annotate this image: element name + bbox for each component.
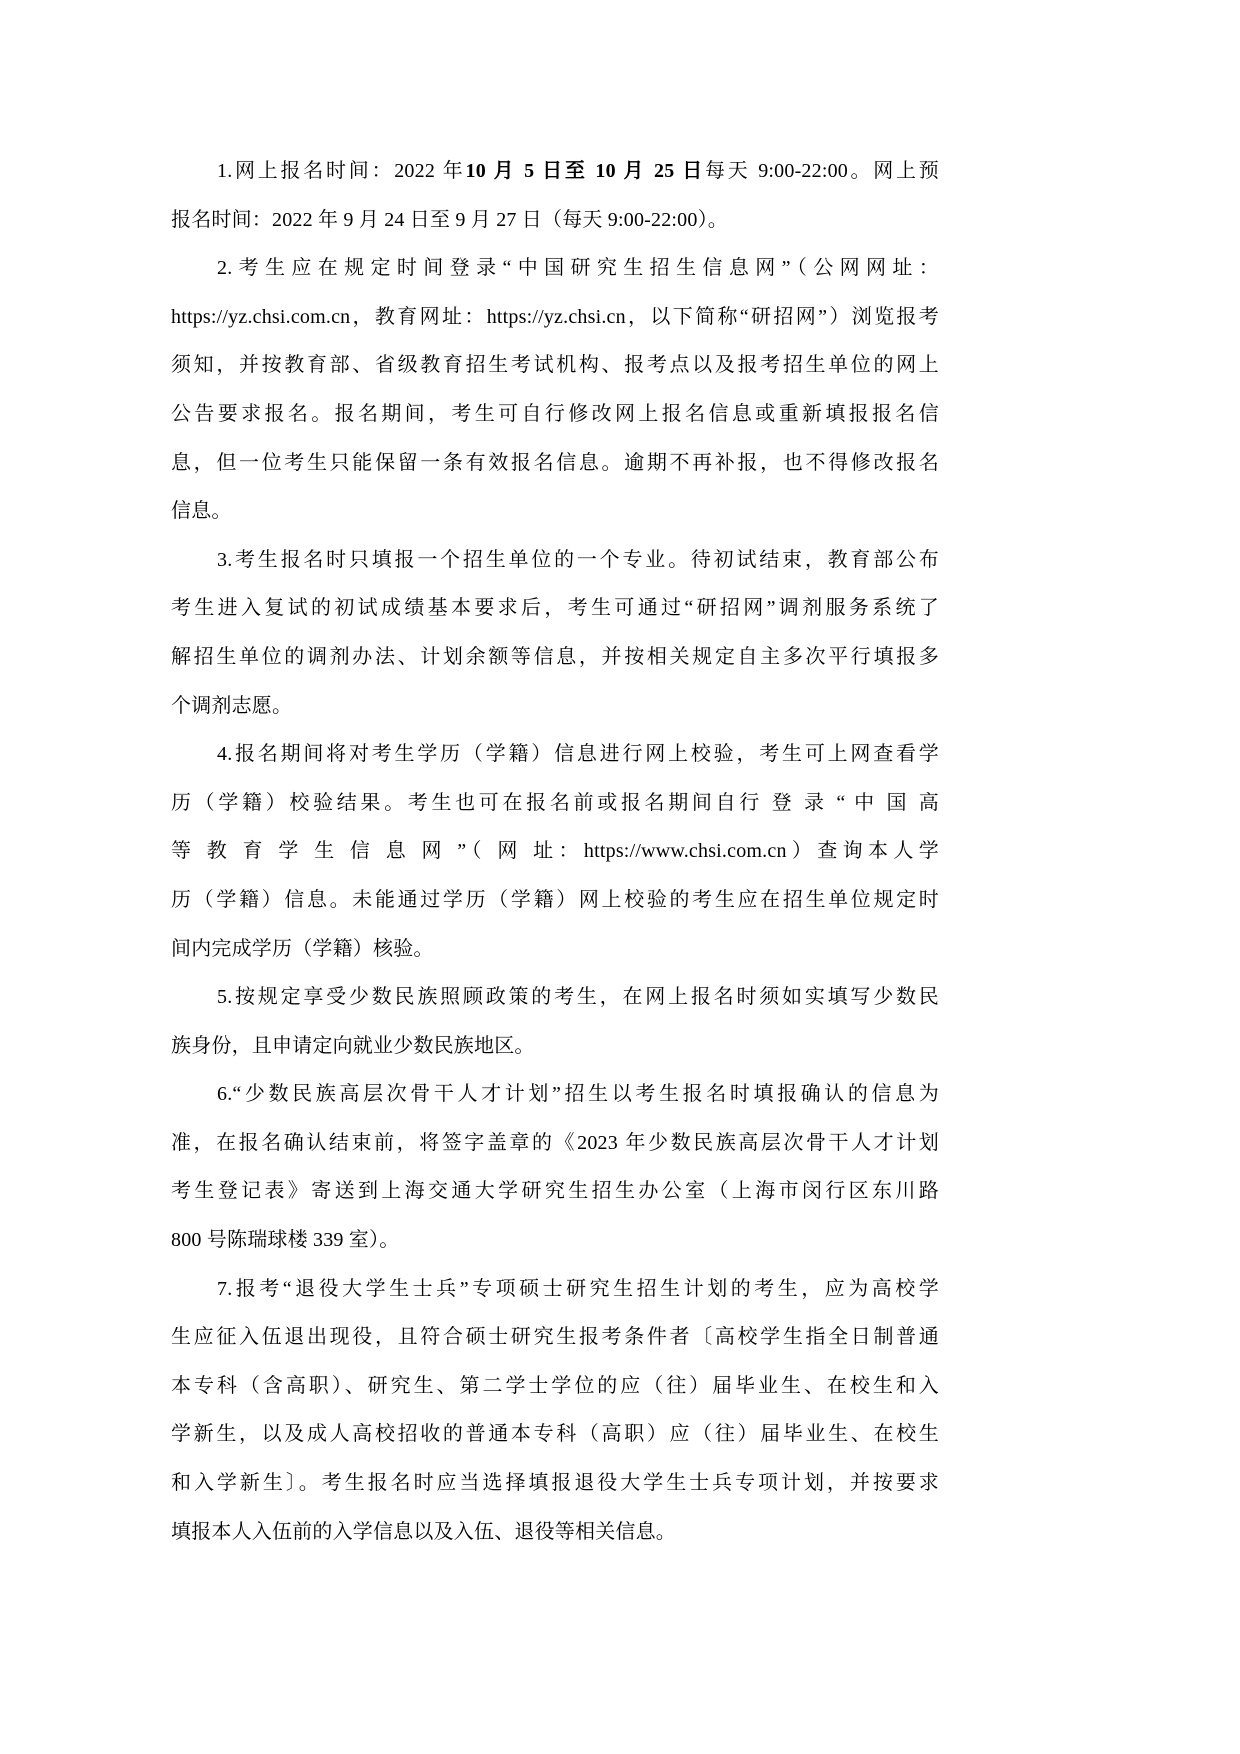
text-line: 个调剂志愿。 [171,682,939,731]
text-segment: 考生登记表》寄送到上海交通大学研究生招生办公室（上海市闵行区东川路 [171,1180,939,1202]
text-line: 生应征入伍退出现役，且符合硕士研究生报考条件者〔高校学生指全日制普通 [171,1313,939,1362]
text-line: 准，在报名确认结束前，将签字盖章的《2023 年少数民族高层次骨干人才计划 [171,1119,939,1168]
text-line: 5.按规定享受少数民族照顾政策的考生，在网上报名时须如实填写少数民 [171,973,939,1022]
paragraph-1: 1.网上报名时间：2022 年10 月 5 日至 10 月 25 日每天 9:0… [171,147,939,244]
text-line: 息，但一位考生只能保留一条有效报名信息。逾期不再补报，也不得修改报名 [171,439,939,488]
text-line: 族身份，且申请定向就业少数民族地区。 [171,1022,939,1071]
text-segment: 历（学籍）校验结果。考生也可在报名前或报名期间自行 登 录 “ 中 国 高 [171,792,939,814]
text-line: 6.“少数民族高层次骨干人才计划”招生以考生报名时填报确认的信息为 [171,1070,939,1119]
paragraph-3: 3.考生报名时只填报一个招生单位的一个专业。待初试结束，教育部公布考生进入复试的… [171,536,939,730]
text-segment: 每天 9:00-22:00。网上预 [705,160,939,182]
text-segment: 报名时间：2022 年 9 月 24 日至 9 月 27 日（每天 9:00-2… [171,209,728,231]
paragraph-6: 6.“少数民族高层次骨干人才计划”招生以考生报名时填报确认的信息为准，在报名确认… [171,1070,939,1264]
paragraph-5: 5.按规定享受少数民族照顾政策的考生，在网上报名时须如实填写少数民族身份，且申请… [171,973,939,1070]
text-segment: 和入学新生〕。考生报名时应当选择填报退役大学生士兵专项计划，并按要求 [171,1472,939,1494]
text-segment: 考生进入复试的初试成绩基本要求后，考生可通过“研招网”调剂服务系统了 [171,597,939,619]
text-line: 解招生单位的调剂办法、计划余额等信息，并按相关规定自主多次平行填报多 [171,633,939,682]
text-segment: 4.报名期间将对考生学历（学籍）信息进行网上校验，考生可上网查看学 [217,743,939,765]
text-line: 和入学新生〕。考生报名时应当选择填报退役大学生士兵专项计划，并按要求 [171,1459,939,1508]
paragraph-7: 7.报考“退役大学生士兵”专项硕士研究生招生计划的考生，应为高校学生应征入伍退出… [171,1265,939,1557]
text-segment: 族身份，且申请定向就业少数民族地区。 [171,1035,535,1057]
text-segment: 间内完成学历（学籍）核验。 [171,938,434,960]
text-segment: 信息。 [171,500,232,522]
text-line: 填报本人入伍前的入学信息以及入伍、退役等相关信息。 [171,1508,939,1557]
text-segment: 填报本人入伍前的入学信息以及入伍、退役等相关信息。 [171,1521,676,1543]
text-segment: 须知，并按教育部、省级教育招生考试机构、报考点以及报考招生单位的网上 [171,354,939,376]
paragraph-2: 2.考生应在规定时间登录“中国研究生招生信息网”（公网网址：https://yz… [171,244,939,536]
text-segment: 800 号陈瑞球楼 339 室）。 [171,1229,399,1251]
text-line: 1.网上报名时间：2022 年10 月 5 日至 10 月 25 日每天 9:0… [171,147,939,196]
text-line: 考生登记表》寄送到上海交通大学研究生招生办公室（上海市闵行区东川路 [171,1167,939,1216]
text-line: 2.考生应在规定时间登录“中国研究生招生信息网”（公网网址： [171,244,939,293]
paragraph-4: 4.报名期间将对考生学历（学籍）信息进行网上校验，考生可上网查看学历（学籍）校验… [171,730,939,973]
text-segment: 历（学籍）信息。未能通过学历（学籍）网上校验的考生应在招生单位规定时 [171,889,939,911]
text-line: 学新生，以及成人高校招收的普通本专科（高职）应（往）届毕业生、在校生 [171,1410,939,1459]
text-segment: https://yz.chsi.com.cn，教育网址：https://yz.c… [171,306,939,328]
text-segment: 个调剂志愿。 [171,695,292,717]
text-line: 等 教 育 学 生 信 息 网 ”（ 网 址：https://www.chsi.… [171,827,939,876]
bold-text-segment: 10 月 5 日至 10 月 25 日 [466,160,705,182]
text-segment: 准，在报名确认结束前，将签字盖章的《2023 年少数民族高层次骨干人才计划 [171,1132,939,1154]
text-segment: 等 教 育 学 生 信 息 网 ”（ 网 址：https://www.chsi.… [171,840,939,862]
text-line: 间内完成学历（学籍）核验。 [171,925,939,974]
text-line: 历（学籍）校验结果。考生也可在报名前或报名期间自行 登 录 “ 中 国 高 [171,779,939,828]
text-line: 信息。 [171,487,939,536]
text-line: 800 号陈瑞球楼 339 室）。 [171,1216,939,1265]
text-segment: 1.网上报名时间：2022 年 [217,160,466,182]
text-line: 本专科（含高职）、研究生、第二学士学位的应（往）届毕业生、在校生和入 [171,1362,939,1411]
text-segment: 5.按规定享受少数民族照顾政策的考生，在网上报名时须如实填写少数民 [217,986,939,1008]
text-line: https://yz.chsi.com.cn，教育网址：https://yz.c… [171,293,939,342]
document-page: 1.网上报名时间：2022 年10 月 5 日至 10 月 25 日每天 9:0… [171,147,939,1556]
text-segment: 学新生，以及成人高校招收的普通本专科（高职）应（往）届毕业生、在校生 [171,1423,939,1445]
text-segment: 2.考生应在规定时间登录“中国研究生招生信息网”（公网网址： [217,257,939,279]
text-segment: 生应征入伍退出现役，且符合硕士研究生报考条件者〔高校学生指全日制普通 [171,1326,939,1348]
text-line: 须知，并按教育部、省级教育招生考试机构、报考点以及报考招生单位的网上 [171,341,939,390]
text-line: 3.考生报名时只填报一个招生单位的一个专业。待初试结束，教育部公布 [171,536,939,585]
text-segment: 本专科（含高职）、研究生、第二学士学位的应（往）届毕业生、在校生和入 [171,1375,939,1397]
text-segment: 息，但一位考生只能保留一条有效报名信息。逾期不再补报，也不得修改报名 [171,452,939,474]
text-segment: 3.考生报名时只填报一个招生单位的一个专业。待初试结束，教育部公布 [217,549,939,571]
text-line: 4.报名期间将对考生学历（学籍）信息进行网上校验，考生可上网查看学 [171,730,939,779]
text-line: 历（学籍）信息。未能通过学历（学籍）网上校验的考生应在招生单位规定时 [171,876,939,925]
text-segment: 6.“少数民族高层次骨干人才计划”招生以考生报名时填报确认的信息为 [217,1083,939,1105]
text-line: 报名时间：2022 年 9 月 24 日至 9 月 27 日（每天 9:00-2… [171,196,939,245]
text-segment: 7.报考“退役大学生士兵”专项硕士研究生招生计划的考生，应为高校学 [217,1278,939,1300]
text-segment: 解招生单位的调剂办法、计划余额等信息，并按相关规定自主多次平行填报多 [171,646,939,668]
text-line: 考生进入复试的初试成绩基本要求后，考生可通过“研招网”调剂服务系统了 [171,584,939,633]
text-line: 公告要求报名。报名期间，考生可自行修改网上报名信息或重新填报报名信 [171,390,939,439]
text-line: 7.报考“退役大学生士兵”专项硕士研究生招生计划的考生，应为高校学 [171,1265,939,1314]
text-segment: 公告要求报名。报名期间，考生可自行修改网上报名信息或重新填报报名信 [171,403,939,425]
